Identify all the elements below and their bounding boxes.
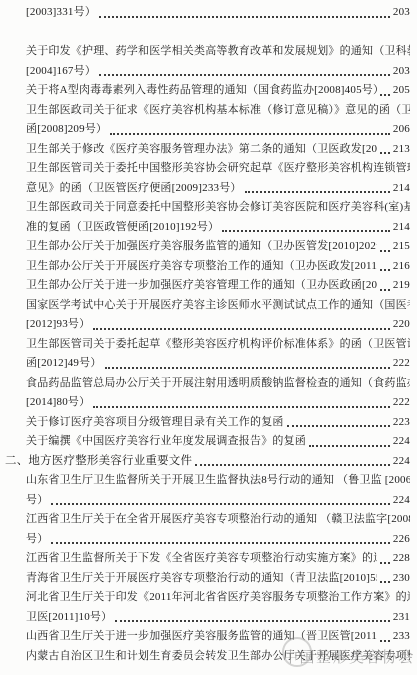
entry-text: 山西省卫生厅关于进一步加强医疗美容服务监管的通知（晋卫医管[2011]13号） [26, 627, 377, 647]
dot-leader [380, 152, 390, 154]
toc-line: [2003]331号）203 [0, 3, 417, 23]
entry-text: 青海省卫生厅关于开展医疗美容专项整治行动的通知（青卫法监[2010]55号） [26, 569, 377, 589]
entry-text: 河北省卫生厅关于印发《2011年河北省省医疗美容服务专项整治工作方案》的通知（冀 [26, 588, 410, 608]
entry-text: [2004]167号） [26, 62, 96, 82]
entry-text: 准的复函（卫医政管便函[2010]192号） [26, 218, 219, 238]
page-number: 226 [393, 530, 410, 550]
entry-text: 关于将A型肉毒毒素列入毒性药品管理的通知（国食药监办[2008]405号） [26, 81, 377, 101]
dot-leader [222, 230, 390, 232]
dot-leader [380, 640, 390, 642]
toc-line: 山西省卫生厅关于进一步加强医疗美容服务监管的通知（晋卫医管[2011]13号）2… [0, 627, 417, 647]
dot-leader [110, 133, 390, 135]
entry-text: 卫生部医政司关于征求《医疗美容机构基本标准（修订意见稿）》意见的函（卫医管便 [26, 101, 410, 121]
entry-text: 卫生部办公厅关于进一步加强医疗美容管理工作的通知（卫办医政函[2012]701号… [26, 276, 377, 296]
dot-leader [99, 16, 390, 18]
entry-text: 函[2012]49号） [26, 354, 102, 374]
page-number: 203 [393, 62, 410, 82]
toc-line: 关于印发《护理、药学和医学相关类高等教育改革和发展规划》的通知（卫科教发 [0, 42, 417, 62]
toc-line: 关于编撰《中国医疗美容行业年度发展调查报告》的复函224 [0, 432, 417, 452]
toc-line: 食品药品监管总局办公厅关于开展注射用透明质酸钠监督检查的通知（食药监办械监 [0, 374, 417, 394]
dot-leader [51, 542, 389, 544]
toc-line: 卫生部办公厅关于加强医疗美容服务监管的通知（卫办医管发[2010]202号）21… [0, 237, 417, 257]
dot-leader [309, 445, 390, 447]
entry-text: 山东省卫生厅卫生监督所关于开展卫生监督执法8号行动的通知 （鲁卫监 [2006]… [26, 471, 410, 491]
toc-line: 卫生部办公厅关于进一步加强医疗美容管理工作的通知（卫办医政函[2012]701号… [0, 276, 417, 296]
toc-line: 卫医[2011]10号）231 [0, 608, 417, 628]
entry-text: [2012]93号） [26, 315, 90, 335]
dot-leader [380, 289, 390, 291]
dot-leader [115, 620, 390, 622]
entry-text: 食品药品监管总局办公厅关于开展注射用透明质酸钠监督检查的通知（食药监办械监 [26, 374, 410, 394]
toc-line: 关于将A型肉毒毒素列入毒性药品管理的通知（国食药监办[2008]405号）205 [0, 81, 417, 101]
entry-text: 号） [26, 491, 48, 511]
toc-line: 江西省卫生监督所关于下发《全省医疗美容专项整治行动实施方案》的通知228 [0, 549, 417, 569]
entry-text: 卫生部办公厅关于开展医疗美容专项整治工作的通知（卫办医政发[2011]4号） [26, 257, 377, 277]
entry-text: 意见》的函（卫医管医疗便函[2009]233号） [26, 179, 242, 199]
entry-text: 江西省卫生厅关于在全省开展医疗美容专项整治行动的通知 （赣卫法监字[2008]3… [26, 510, 410, 530]
toc-line: 卫生部医管司关于委托起草《整形美容医疗机构评价标准体系》的函（卫医管评价便 [0, 335, 417, 355]
toc-lines: [2003]331号）203关于印发《护理、药学和医学相关类高等教育改革和发展规… [0, 3, 417, 666]
dot-leader [99, 74, 390, 76]
entry-text: [2003]331号） [26, 3, 96, 23]
entry-text: 卫生部医管司关于委托中国整形美容协会研究起草《医疗整形美容机构连锁管理指导 [26, 159, 410, 179]
entry-text: 二、地方医疗整形美容行业重要文件 [5, 452, 192, 472]
page-number: 233 [393, 627, 410, 647]
entry-text: 函[2008]209号） [26, 120, 107, 140]
page-number: 215 [393, 237, 410, 257]
toc-line: 青海省卫生厅关于开展医疗美容专项整治行动的通知（青卫法监[2010]55号）23… [0, 569, 417, 589]
page-number: 222 [393, 354, 410, 374]
toc-line: 卫生部办公厅关于开展医疗美容专项整治工作的通知（卫办医政发[2011]4号）21… [0, 257, 417, 277]
dot-leader [51, 503, 389, 505]
toc-line: [2004]167号）203 [0, 62, 417, 82]
entry-text: 国家医学考试中心关于开展医疗美容主诊医师水平测试试点工作的通知（国医考发 [26, 296, 410, 316]
dot-leader [380, 94, 390, 96]
page-number: 228 [393, 549, 410, 569]
page-number: 220 [393, 315, 410, 335]
toc-line: 关于修订医疗美容项目分级管理目录有关工作的复函223 [0, 413, 417, 433]
entry-text: 号） [26, 530, 48, 550]
page-number: 214 [393, 179, 410, 199]
page-number: 216 [393, 257, 410, 277]
entry-text: 卫生部关于修改《医疗美容服务管理办法》第二条的通知（卫医政发[2009]17号） [26, 140, 377, 160]
dot-leader [380, 562, 390, 564]
page-number: 231 [393, 608, 410, 628]
dot-leader [380, 250, 390, 252]
dot-leader [93, 328, 390, 330]
document-page: [2003]331号）203关于印发《护理、药学和医学相关类高等教育改革和发展规… [0, 0, 417, 675]
page-number: 224 [393, 432, 410, 452]
toc-line: 内蒙古自治区卫生和计划生育委员会转发卫生部办公厅关于开展医疗美容专项整治工 [0, 647, 417, 667]
toc-line: 函[2008]209号）206 [0, 120, 417, 140]
page-number: 223 [393, 413, 410, 433]
toc-line: 江西省卫生厅关于在全省开展医疗美容专项整治行动的通知 （赣卫法监字[2008]3… [0, 510, 417, 530]
entry-text: 江西省卫生监督所关于下发《全省医疗美容专项整治行动实施方案》的通知 [26, 549, 377, 569]
toc-line: 号）226 [0, 530, 417, 550]
entry-text: 卫生部医管司关于委托起草《整形美容医疗机构评价标准体系》的函（卫医管评价便 [26, 335, 410, 355]
toc-line: 卫生部医政司关于同意委托中国整形美容协会修订美容医院和医疗美容科(室)基本标 [0, 198, 417, 218]
toc-line: 意见》的函（卫医管医疗便函[2009]233号）214 [0, 179, 417, 199]
dot-leader [93, 406, 390, 408]
toc-line: 准的复函（卫医政管便函[2010]192号）214 [0, 218, 417, 238]
toc-blank-line [0, 23, 417, 43]
page-number: 224 [393, 491, 410, 511]
toc-line: 号）224 [0, 491, 417, 511]
entry-text: 内蒙古自治区卫生和计划生育委员会转发卫生部办公厅关于开展医疗美容专项整治工 [26, 647, 410, 667]
toc-line: 山东省卫生厅卫生监督所关于开展卫生监督执法8号行动的通知 （鲁卫监 [2006]… [0, 471, 417, 491]
entry-text: 卫生部办公厅关于加强医疗美容服务监管的通知（卫办医管发[2010]202号） [26, 237, 377, 257]
page-number: 230 [393, 569, 410, 589]
dot-leader [380, 269, 390, 271]
page-number: 224 [393, 452, 410, 472]
page-number: 203 [393, 3, 410, 23]
dot-leader [287, 425, 390, 427]
entry-text: 关于编撰《中国医疗美容行业年度发展调查报告》的复函 [26, 432, 306, 452]
page-number: 206 [393, 120, 410, 140]
toc-line: [2012]93号）220 [0, 315, 417, 335]
entry-text: 卫医[2011]10号） [26, 608, 112, 628]
page-number: 214 [393, 218, 410, 238]
entry-text: 卫生部医政司关于同意委托中国整形美容协会修订美容医院和医疗美容科(室)基本标 [26, 198, 410, 218]
toc-line: 国家医学考试中心关于开展医疗美容主诊医师水平测试试点工作的通知（国医考发 [0, 296, 417, 316]
toc-line: 卫生部医管司关于委托中国整形美容协会研究起草《医疗整形美容机构连锁管理指导 [0, 159, 417, 179]
toc-line: 卫生部关于修改《医疗美容服务管理办法》第二条的通知（卫医政发[2009]17号）… [0, 140, 417, 160]
entry-text: [2014]80号） [26, 393, 90, 413]
dot-leader [380, 581, 390, 583]
toc-line: 河北省卫生厅关于印发《2011年河北省省医疗美容服务专项整治工作方案》的通知（冀 [0, 588, 417, 608]
page-number: 219 [393, 276, 410, 296]
toc-section-heading: 二、地方医疗整形美容行业重要文件224 [0, 452, 417, 472]
entry-text: 关于修订医疗美容项目分级管理目录有关工作的复函 [26, 413, 284, 433]
dot-leader [245, 191, 390, 193]
entry-text: 关于印发《护理、药学和医学相关类高等教育改革和发展规划》的通知（卫科教发 [26, 42, 410, 62]
toc-line: [2014]80号）222 [0, 393, 417, 413]
page-number: 205 [393, 81, 410, 101]
dot-leader [195, 464, 390, 466]
dot-leader [105, 367, 390, 369]
page-number: 213 [393, 140, 410, 160]
toc-line: 函[2012]49号）222 [0, 354, 417, 374]
page-number: 222 [393, 393, 410, 413]
toc-line: 卫生部医政司关于征求《医疗美容机构基本标准（修订意见稿）》意见的函（卫医管便 [0, 101, 417, 121]
